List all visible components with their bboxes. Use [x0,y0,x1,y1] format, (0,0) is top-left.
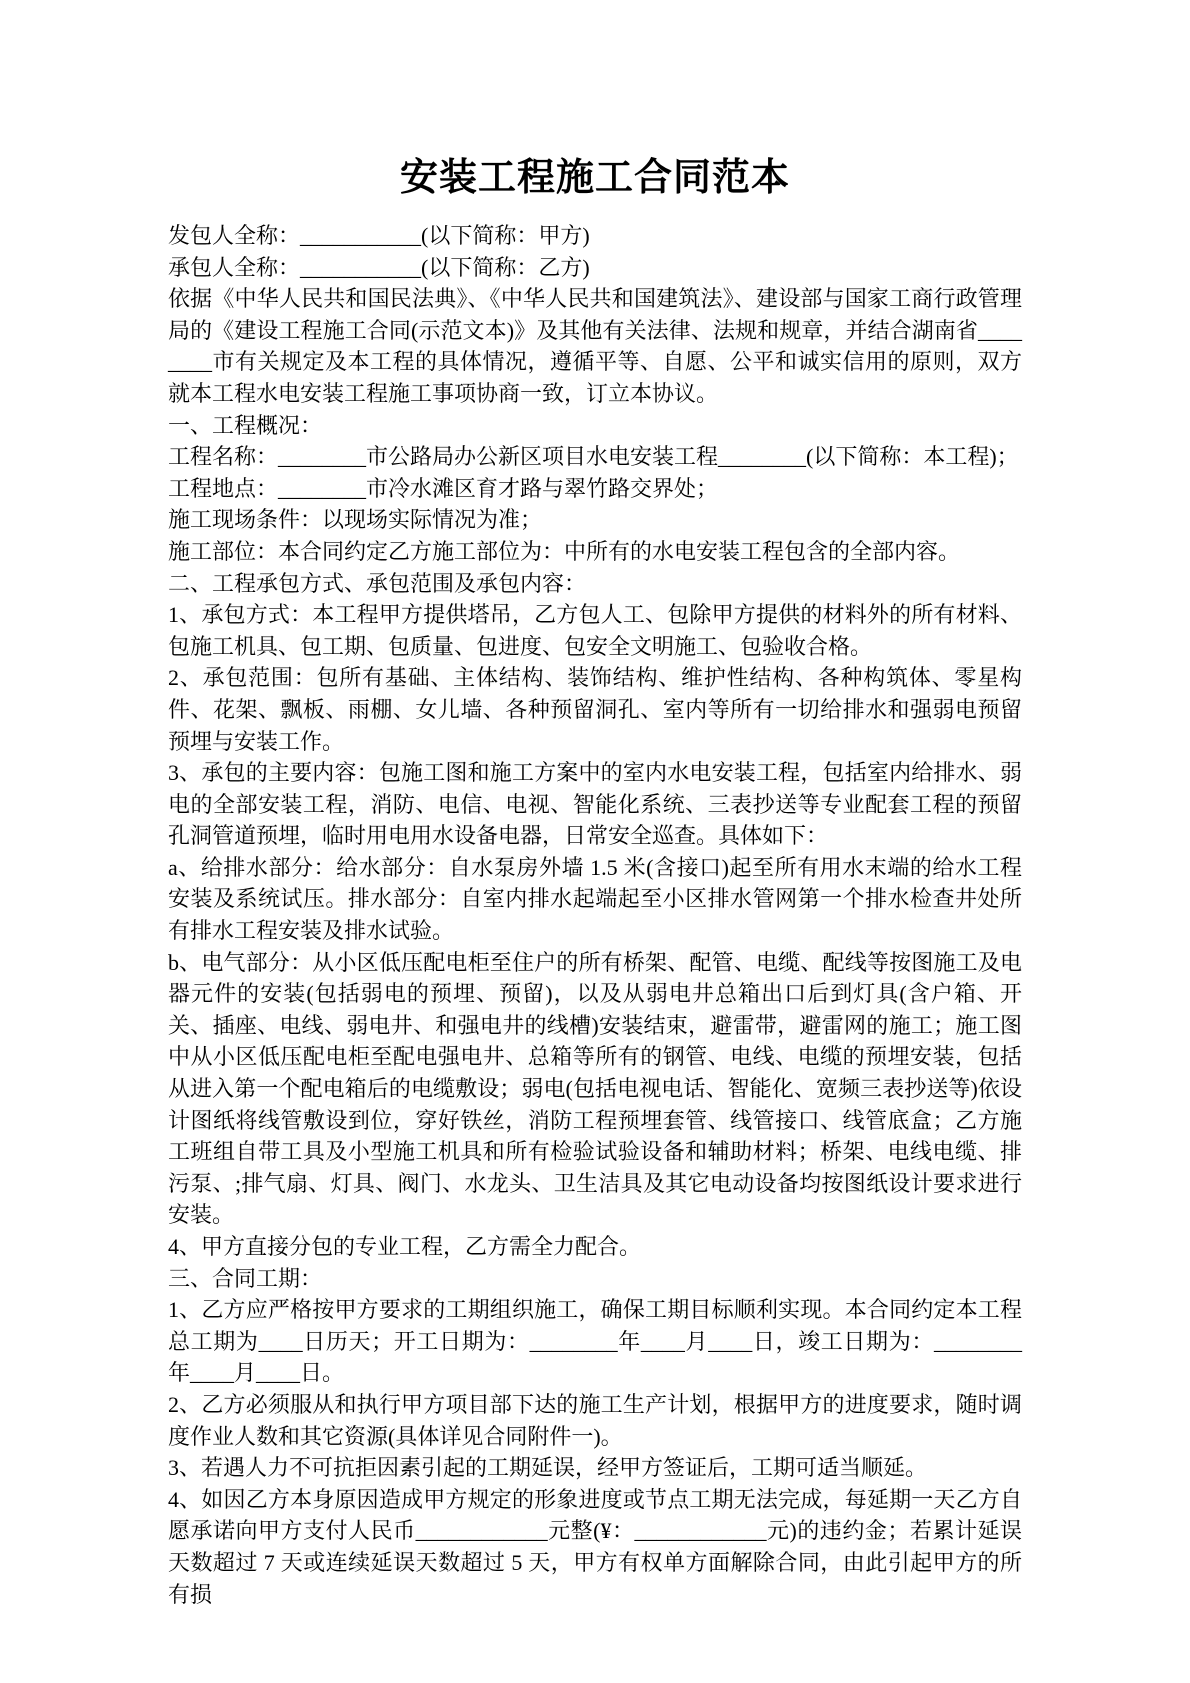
project-location-line: 工程地点：________市冷水滩区育才路与翠竹路交界处； [168,473,1022,505]
clause-force-majeure: 3、若遇人力不可抗拒因素引起的工期延误，经甲方签证后，工期可适当顺延。 [168,1452,1022,1484]
document-body: 发包人全称：___________(以下简称：甲方) 承包人全称：_______… [168,220,1022,1610]
construction-part-line: 施工部位：本合同约定乙方施工部位为：中所有的水电安装工程包含的全部内容。 [168,536,1022,568]
contract-document-page: 安装工程施工合同范本 发包人全称：___________(以下简称：甲方) 承包… [0,0,1190,1683]
clause-delay-penalty: 4、如因乙方本身原因造成甲方规定的形象进度或节点工期无法完成，每延期一天乙方自愿… [168,1484,1022,1610]
clause-duration: 1、乙方应严格按甲方要求的工期组织施工，确保工期目标顺利实现。本合同约定本工程总… [168,1294,1022,1389]
site-condition-line: 施工现场条件：以现场实际情况为准； [168,504,1022,536]
section-1-heading: 一、工程概况： [168,410,1022,442]
clause-electrical-part: b、电气部分：从小区低压配电柜至住户的所有桥架、配管、电缆、配线等按图施工及电器… [168,947,1022,1231]
section-3-heading: 三、合同工期： [168,1263,1022,1295]
clause-contract-method: 1、承包方式：本工程甲方提供塔吊，乙方包人工、包除甲方提供的材料外的所有材料、包… [168,599,1022,662]
clause-contract-scope: 2、承包范围：包所有基础、主体结构、装饰结构、维护性结构、各种构筑体、零星构件、… [168,662,1022,757]
party-b-line: 承包人全称：___________(以下简称：乙方) [168,252,1022,284]
clause-plumbing-part: a、给排水部分：给水部分：自水泵房外墙 1.5 米(含接口)起至所有用水末端的给… [168,852,1022,947]
preamble-paragraph: 依据《中华人民共和国民法典》、《中华人民共和国建筑法》、建设部与国家工商行政管理… [168,283,1022,409]
section-2-heading: 二、工程承包方式、承包范围及承包内容： [168,568,1022,600]
party-a-line: 发包人全称：___________(以下简称：甲方) [168,220,1022,252]
clause-schedule-obedience: 2、乙方必须服从和执行甲方项目部下达的施工生产计划，根据甲方的进度要求，随时调度… [168,1389,1022,1452]
project-name-line: 工程名称：________市公路局办公新区项目水电安装工程________(以下… [168,441,1022,473]
document-title: 安装工程施工合同范本 [168,152,1022,204]
clause-main-content: 3、承包的主要内容：包施工图和施工方案中的室内水电安装工程，包括室内给排水、弱电… [168,757,1022,852]
clause-subcontract-cooperation: 4、甲方直接分包的专业工程，乙方需全力配合。 [168,1231,1022,1263]
